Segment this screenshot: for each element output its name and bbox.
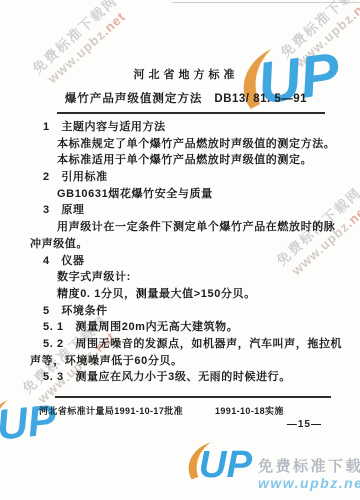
document-title: 爆竹产品声级值测定方法 (65, 93, 203, 105)
site-url: www.upbz.net (258, 476, 360, 491)
header-rule (57, 112, 325, 114)
implementation-note: 1991-10-18实施 (215, 404, 284, 417)
body-line: 4 仪器 (30, 256, 346, 267)
body-line: 1 主题内容与适用方法 (30, 122, 346, 133)
scan-edge-line (172, 2, 360, 3)
standard-code: DB13/ 81. 5—91 (214, 93, 307, 105)
body-line: 5 环境条件 (30, 306, 346, 317)
body-line: 冲声级值。 (30, 239, 346, 250)
approval-note: 河北省标准计量局1991-10-17批准 (39, 404, 183, 417)
body-line: 5. 2 周围无噪音的发源点，如机器声，汽车叫声，拖拉机 (30, 339, 346, 350)
document-header: 河北省地方标准 爆竹产品声级值测定方法DB13/ 81. 5—91 (30, 66, 342, 106)
document-body: 1 主题内容与适用方法 本标准规定了单个爆竹产品燃放时声级值的测定方法。 本标准… (30, 122, 346, 389)
page-number: —15— (287, 419, 322, 430)
up-logo-icon: UP (0, 386, 61, 456)
footer-rule (55, 396, 331, 398)
body-line: 5. 1 测量周围20m内无高大建筑物。 (30, 322, 346, 333)
body-line: 数字式声级计: (30, 272, 346, 283)
up-logo-icon: UP (182, 430, 254, 494)
body-line: 3 原理 (30, 205, 346, 216)
site-brand-text: 免费标准下载网 www.upbz.net (258, 459, 360, 494)
site-brand: UP 免费标准下载网 www.upbz.net (182, 430, 360, 494)
body-line: 2 引用标准 (30, 172, 346, 183)
standard-org: 河北省地方标准 (30, 66, 342, 82)
body-line: 本标准规定了单个爆竹产品燃放时声级值的测定方法。 (30, 139, 346, 150)
document-footer: 河北省标准计量局1991-10-17批准 1991-10-18实施 (30, 404, 346, 418)
body-line: 本标准适用于单个爆竹产品燃放时声级值的测定。 (30, 155, 346, 166)
body-line: 5. 3 测量应在风力小于3级、无雨的时候进行。 (30, 372, 346, 383)
body-line: 精度0. 1分贝，测量最大值>150分贝。 (30, 289, 346, 300)
body-line: GB10631烟花爆竹安全与质量 (30, 189, 346, 200)
site-name: 免费标准下载网 (258, 459, 360, 476)
body-line: 用声级计在一定条件下测定单个爆竹产品在燃放时的脉 (30, 222, 346, 233)
body-line: 声等，环境噪声低于60分贝。 (30, 356, 346, 367)
svg-text:UP: UP (199, 443, 253, 486)
scanned-standard-page: 免费标准下载网 www.upbz.net 免费标准下载网 www.upbz.ne… (0, 0, 360, 500)
